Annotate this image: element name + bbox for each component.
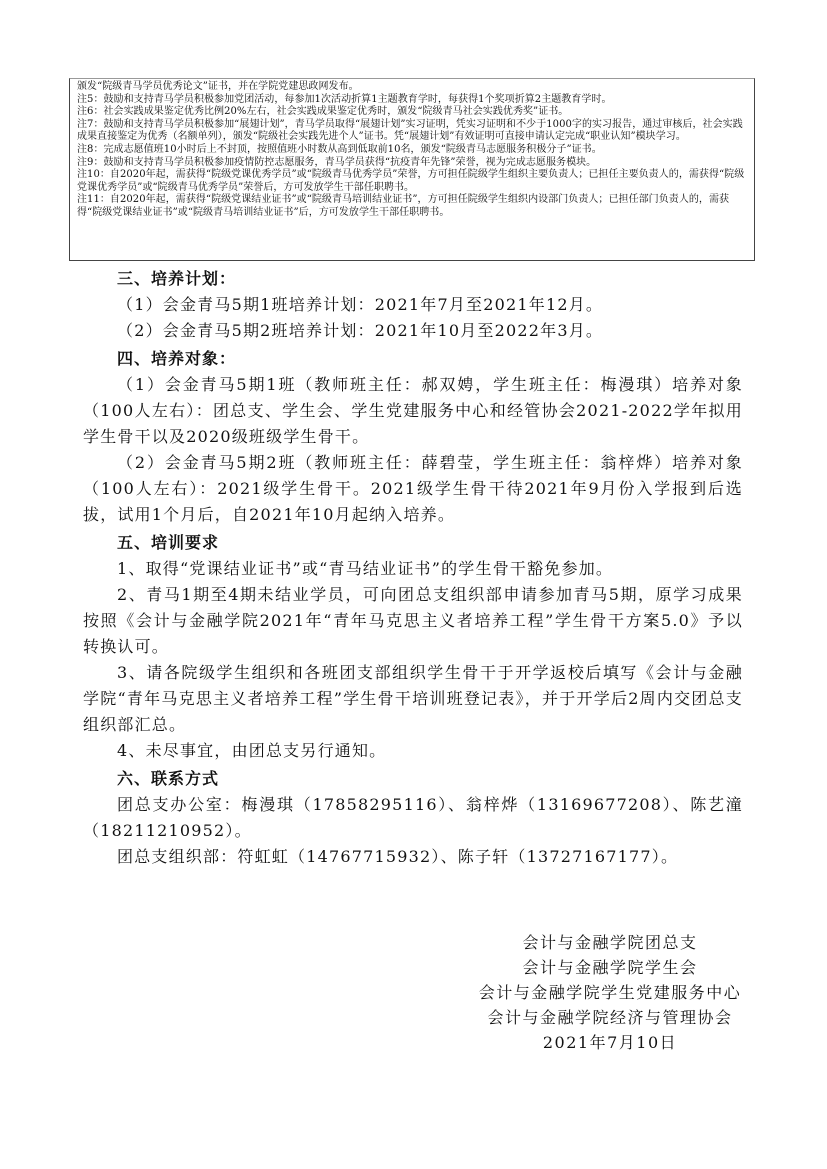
plan-item-2: （2）会金青马5期2班培养计划：2021年10月至2022年3月。 (83, 318, 743, 344)
signature-date: 2021年7月10日 (440, 1030, 780, 1055)
signature-org-1: 会计与金融学院团总支 (440, 930, 780, 955)
note-5: 注5：鼓励和支持青马学员积极参加党团活动，每参加1次活动折算1主题教育学时，每获… (77, 94, 748, 107)
contact-office: 团总支办公室：梅漫琪（17858295116）、翁梓烨（13169677208）… (83, 792, 743, 844)
signature-org-3: 会计与金融学院学生党建服务中心 (440, 980, 780, 1005)
note-6: 注6：社会实践成果鉴定优秀比例20%左右，社会实践成果鉴定优秀时，颁发“院级青马… (77, 106, 748, 119)
note-line: 颁发“院级青马学员优秀论文”证书，并在学院党建思政网发布。 (77, 81, 748, 94)
target-item-1: （1）会金青马5期1班（教师班主任：郝双娉，学生班主任：梅漫琪）培养对象（100… (83, 372, 743, 450)
section-heading-requirements: 五、培训要求 (83, 530, 743, 556)
requirement-item-2: 2、青马1期至4期未结业学员，可向团总支组织部申请参加青马5期，原学习成果按照《… (83, 582, 743, 660)
document-body: 三、培养计划： （1）会金青马5期1班培养计划：2021年7月至2021年12月… (83, 266, 743, 870)
requirement-item-1: 1、取得“党课结业证书”或“青马结业证书”的学生骨干豁免参加。 (83, 556, 743, 582)
requirement-item-4: 4、未尽事宜，由团总支另行通知。 (83, 738, 743, 764)
note-8: 注8：完成志愿值班10小时后上不封顶，按照值班小时数从高到低取前10名，颁发“院… (77, 144, 748, 157)
requirement-item-3: 3、请各院级学生组织和各班团支部组织学生骨干于开学返校后填写《会计与金融学院“青… (83, 660, 743, 738)
section-heading-contact: 六、联系方式 (83, 766, 743, 792)
contact-organization: 团总支组织部：符虹虹（14767715932）、陈子轩（13727167177）… (83, 844, 743, 870)
notes-table: 颁发“院级青马学员优秀论文”证书，并在学院党建思政网发布。 注5：鼓励和支持青马… (69, 78, 755, 261)
signature-org-2: 会计与金融学院学生会 (440, 955, 780, 980)
signature-block: 会计与金融学院团总支 会计与金融学院学生会 会计与金融学院学生党建服务中心 会计… (440, 930, 780, 1055)
plan-item-1: （1）会金青马5期1班培养计划：2021年7月至2021年12月。 (83, 292, 743, 318)
signature-org-4: 会计与金融学院经济与管理协会 (440, 1005, 780, 1030)
section-heading-targets: 四、培养对象： (83, 346, 743, 372)
note-7: 注7：鼓励和支持青马学员积极参加“展翅计划”，青马学员取得“展翅计划”实习证明，… (77, 119, 748, 144)
note-9: 注9：鼓励和支持青马学员积极参加疫情防控志愿服务，青马学员获得“抗疫青年先锋”荣… (77, 157, 748, 170)
note-11: 注11：自2020年起，需获得“院级党课结业证书”或“院级青马培训结业证书”，方… (77, 194, 748, 219)
note-10: 注10：自2020年起，需获得“院级党课优秀学员”或“院级青马优秀学员”荣誉，方… (77, 169, 748, 194)
section-heading-plan: 三、培养计划： (83, 266, 743, 292)
target-item-2: （2）会金青马5期2班（教师班主任：薛碧莹，学生班主任：翁梓烨）培养对象（100… (83, 450, 743, 528)
